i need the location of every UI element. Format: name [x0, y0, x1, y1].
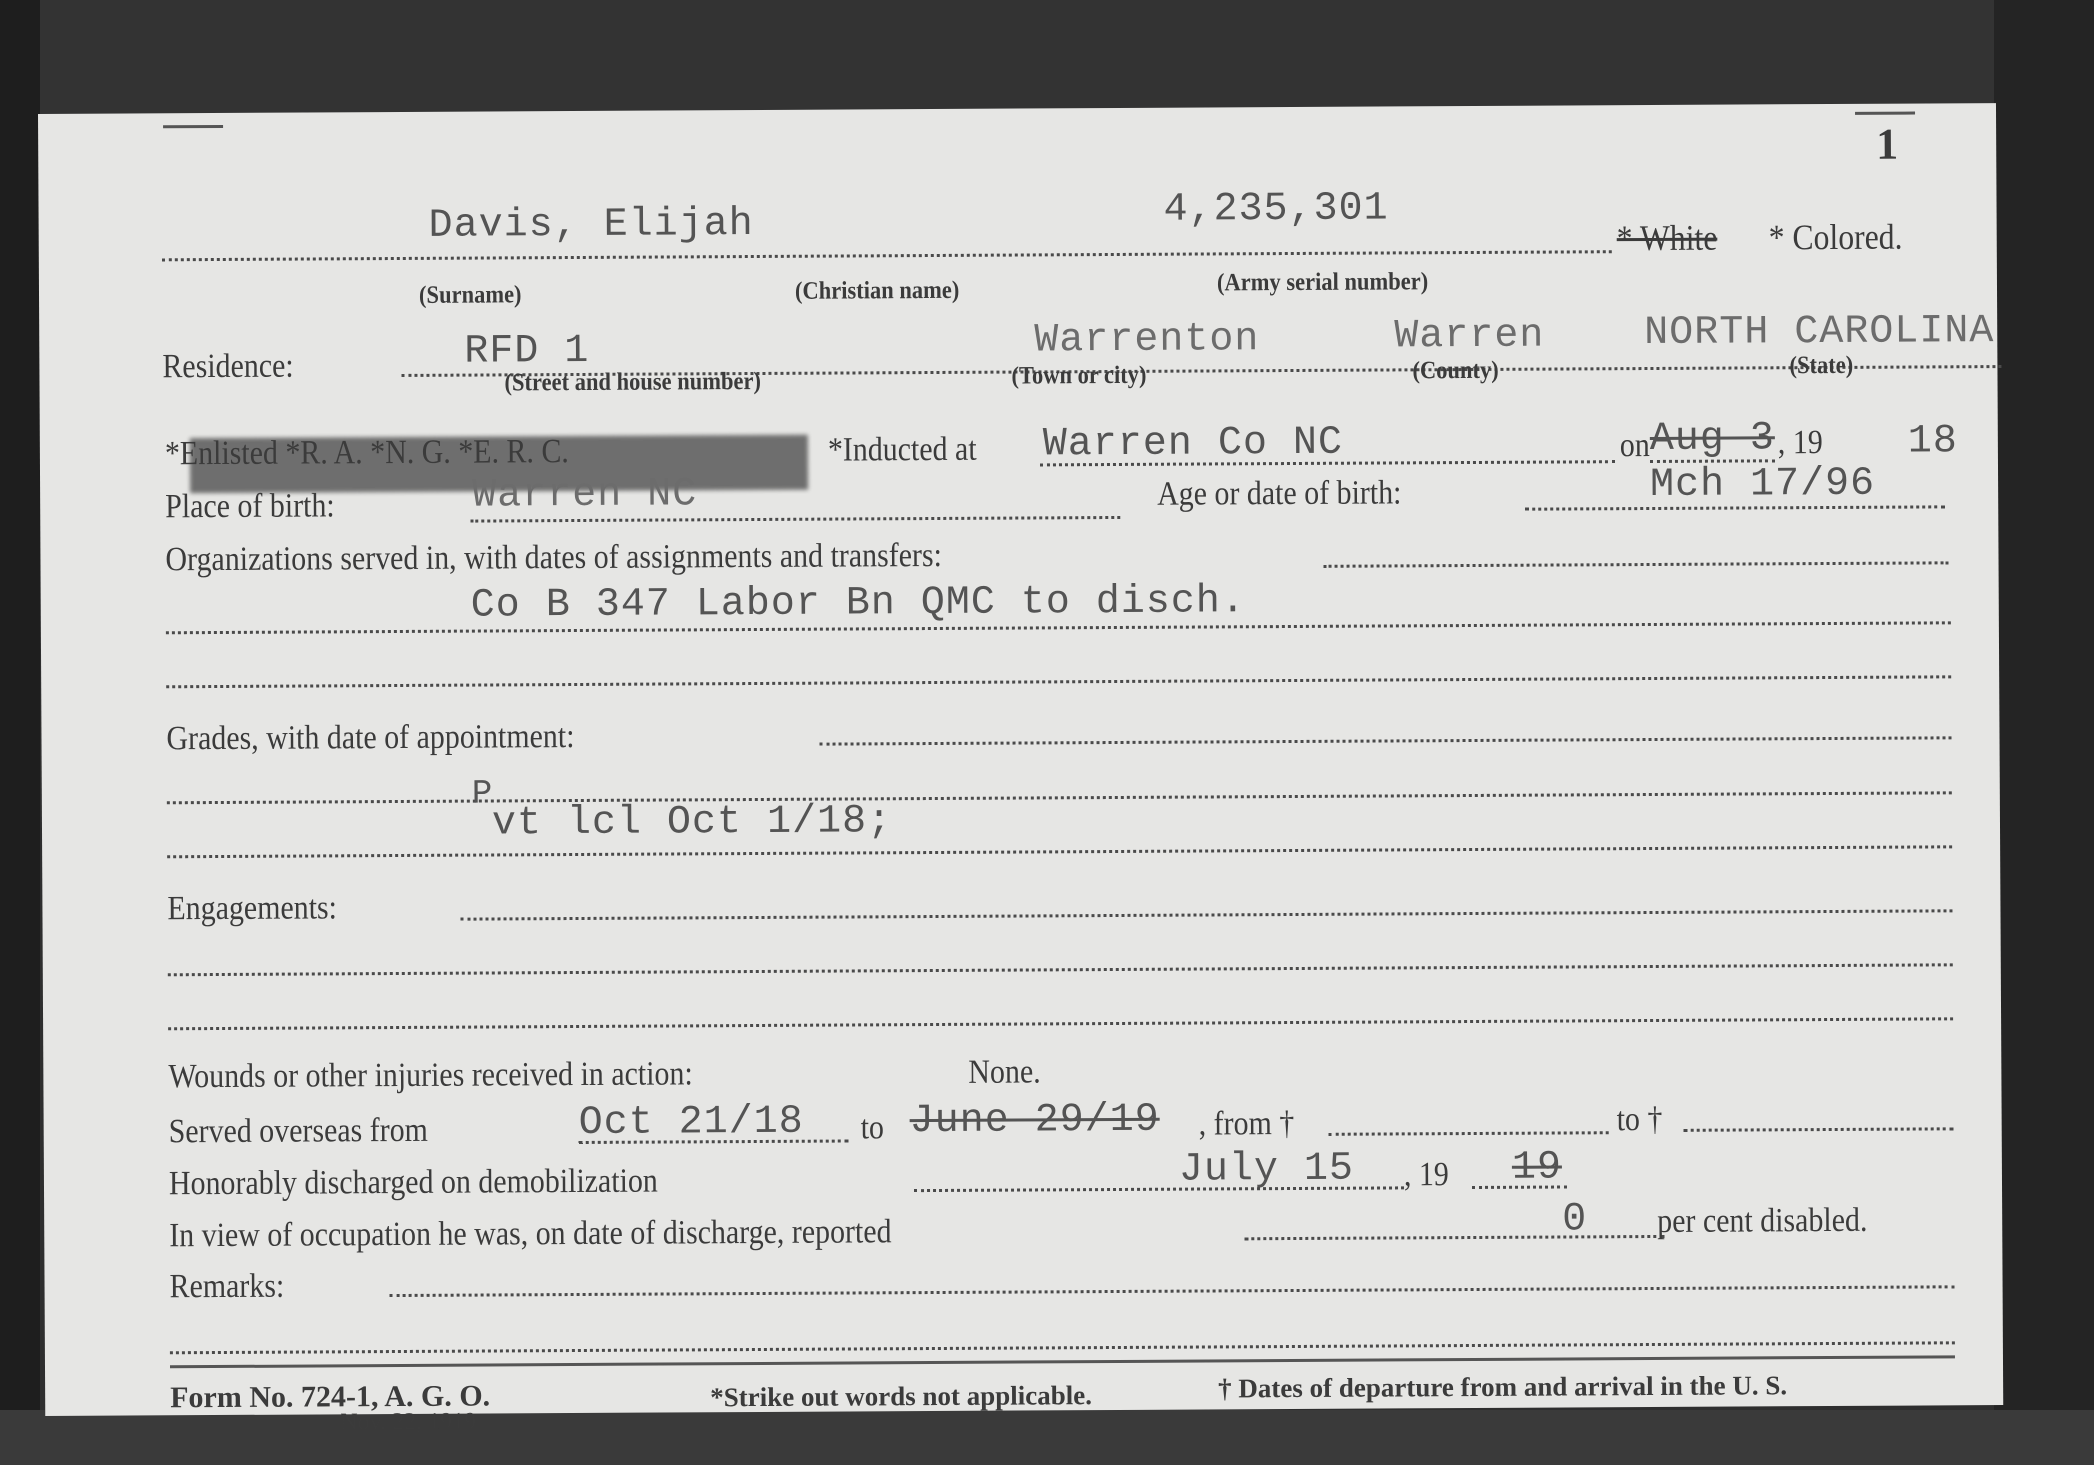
background-bottom: [0, 1410, 2094, 1465]
residence-town: Warrenton: [1034, 317, 1259, 363]
engagements-line-2: [168, 963, 1953, 976]
race-option-white: * White: [1617, 217, 1718, 260]
residence-county: Warren: [1394, 314, 1544, 360]
race-white-struck: * White: [1617, 218, 1718, 259]
form-date: Nov. 22, 1919: [340, 1409, 476, 1437]
remarks-line-2: [170, 1341, 1955, 1354]
card-number: 1: [1876, 119, 1898, 170]
remarks-line-1: [390, 1285, 1955, 1297]
departure-from-label: , from †: [1199, 1105, 1295, 1144]
christian-name-label: (Christian name): [795, 277, 960, 306]
residence-state: NORTH CAROLINA: [1644, 309, 1994, 356]
discharge-year-line: [1472, 1185, 1567, 1189]
discharge-label: Honorably discharged on demobilization: [169, 1163, 658, 1204]
engagements-line-1: [460, 909, 1952, 920]
background-top: [40, 0, 2040, 120]
disability-line: [1244, 1235, 1664, 1240]
engagements-label: Engagements:: [167, 889, 337, 928]
date-of-birth-line: [1525, 505, 1945, 510]
place-of-birth-label: Place of birth:: [165, 487, 335, 526]
organizations-label: Organizations served in, with dates of a…: [165, 537, 942, 579]
name-line: [162, 250, 1612, 261]
discharge-year-prefix: , 19: [1404, 1156, 1449, 1194]
top-left-mark: [163, 125, 223, 128]
grades-label: Grades, with date of appointment:: [166, 718, 574, 758]
arrival-to-label: to †: [1617, 1101, 1663, 1139]
on-label: on: [1620, 427, 1650, 465]
serial-number-value: 4,235,301: [1163, 186, 1388, 232]
wounds-label: Wounds or other injuries received in act…: [168, 1055, 693, 1096]
name-value: Davis, Elijah: [429, 202, 754, 249]
disability-label: In view of occupation he was, on date of…: [169, 1213, 891, 1255]
serial-number-label: (Army serial number): [1217, 268, 1428, 297]
overseas-label: Served overseas from: [169, 1112, 428, 1151]
inducted-at-value: Warren Co NC: [1043, 421, 1343, 468]
grades-line-2: [167, 791, 1952, 804]
overseas-to-label: to: [861, 1109, 884, 1147]
organizations-value: Co B 347 Labor Bn QMC to disch.: [471, 579, 1246, 628]
organizations-line-1: [1324, 561, 1949, 567]
grades-value-sup: P: [472, 775, 494, 813]
wounds-value: None.: [968, 1053, 1041, 1091]
departure-from-line: [1329, 1131, 1609, 1136]
service-record-card: 1 Davis, Elijah 4,235,301 * White * Colo…: [38, 103, 2003, 1416]
footer-divider: [170, 1355, 1955, 1368]
race-option-colored: * Colored.: [1769, 216, 1903, 259]
enlistment-options-struck: *Enlisted *R. A. *N. G. *E. R. C.: [165, 433, 569, 473]
engagements-line-3: [168, 1017, 1953, 1030]
grades-value: vt lcl Oct 1/18;: [492, 799, 892, 846]
residence-street: RFD 1: [464, 329, 589, 375]
discharge-year: 19: [1512, 1146, 1562, 1191]
disability-suffix: per cent disabled.: [1657, 1202, 1867, 1241]
street-sublabel: (Street and house number): [504, 368, 761, 397]
organizations-line-3: [166, 675, 1951, 688]
grades-line-3: [167, 845, 1952, 858]
top-right-mark: [1855, 112, 1915, 115]
arrival-to-line: [1684, 1127, 1954, 1132]
induction-year-prefix: , 19: [1778, 424, 1823, 462]
surname-label: (Surname): [419, 281, 522, 310]
state-sublabel: (State): [1789, 352, 1853, 380]
discharge-date: July 15: [1179, 1147, 1354, 1193]
town-sublabel: (Town or city): [1011, 362, 1146, 391]
inducted-at-label: *Inducted at: [828, 431, 977, 470]
overseas-to-value: June 29/19: [910, 1098, 1160, 1144]
background-right: [1994, 0, 2094, 1465]
date-of-birth-value: Mch 17/96: [1650, 462, 1875, 508]
strike-out-note: *Strike out words not applicable.: [710, 1380, 1092, 1413]
county-sublabel: (County): [1412, 357, 1498, 385]
residence-label: Residence:: [162, 348, 293, 387]
grades-line-1: [820, 736, 1952, 745]
induction-date: Aug 3: [1650, 416, 1775, 462]
age-label: Age or date of birth:: [1157, 474, 1401, 513]
remarks-label: Remarks:: [169, 1268, 284, 1307]
disability-value: 0: [1562, 1197, 1587, 1242]
place-of-birth-value: Warren NC: [472, 472, 697, 518]
background-left: [0, 0, 40, 1465]
dates-note: † Dates of departure from and arrival in…: [1218, 1370, 1787, 1404]
induction-year: 18: [1908, 419, 1958, 464]
